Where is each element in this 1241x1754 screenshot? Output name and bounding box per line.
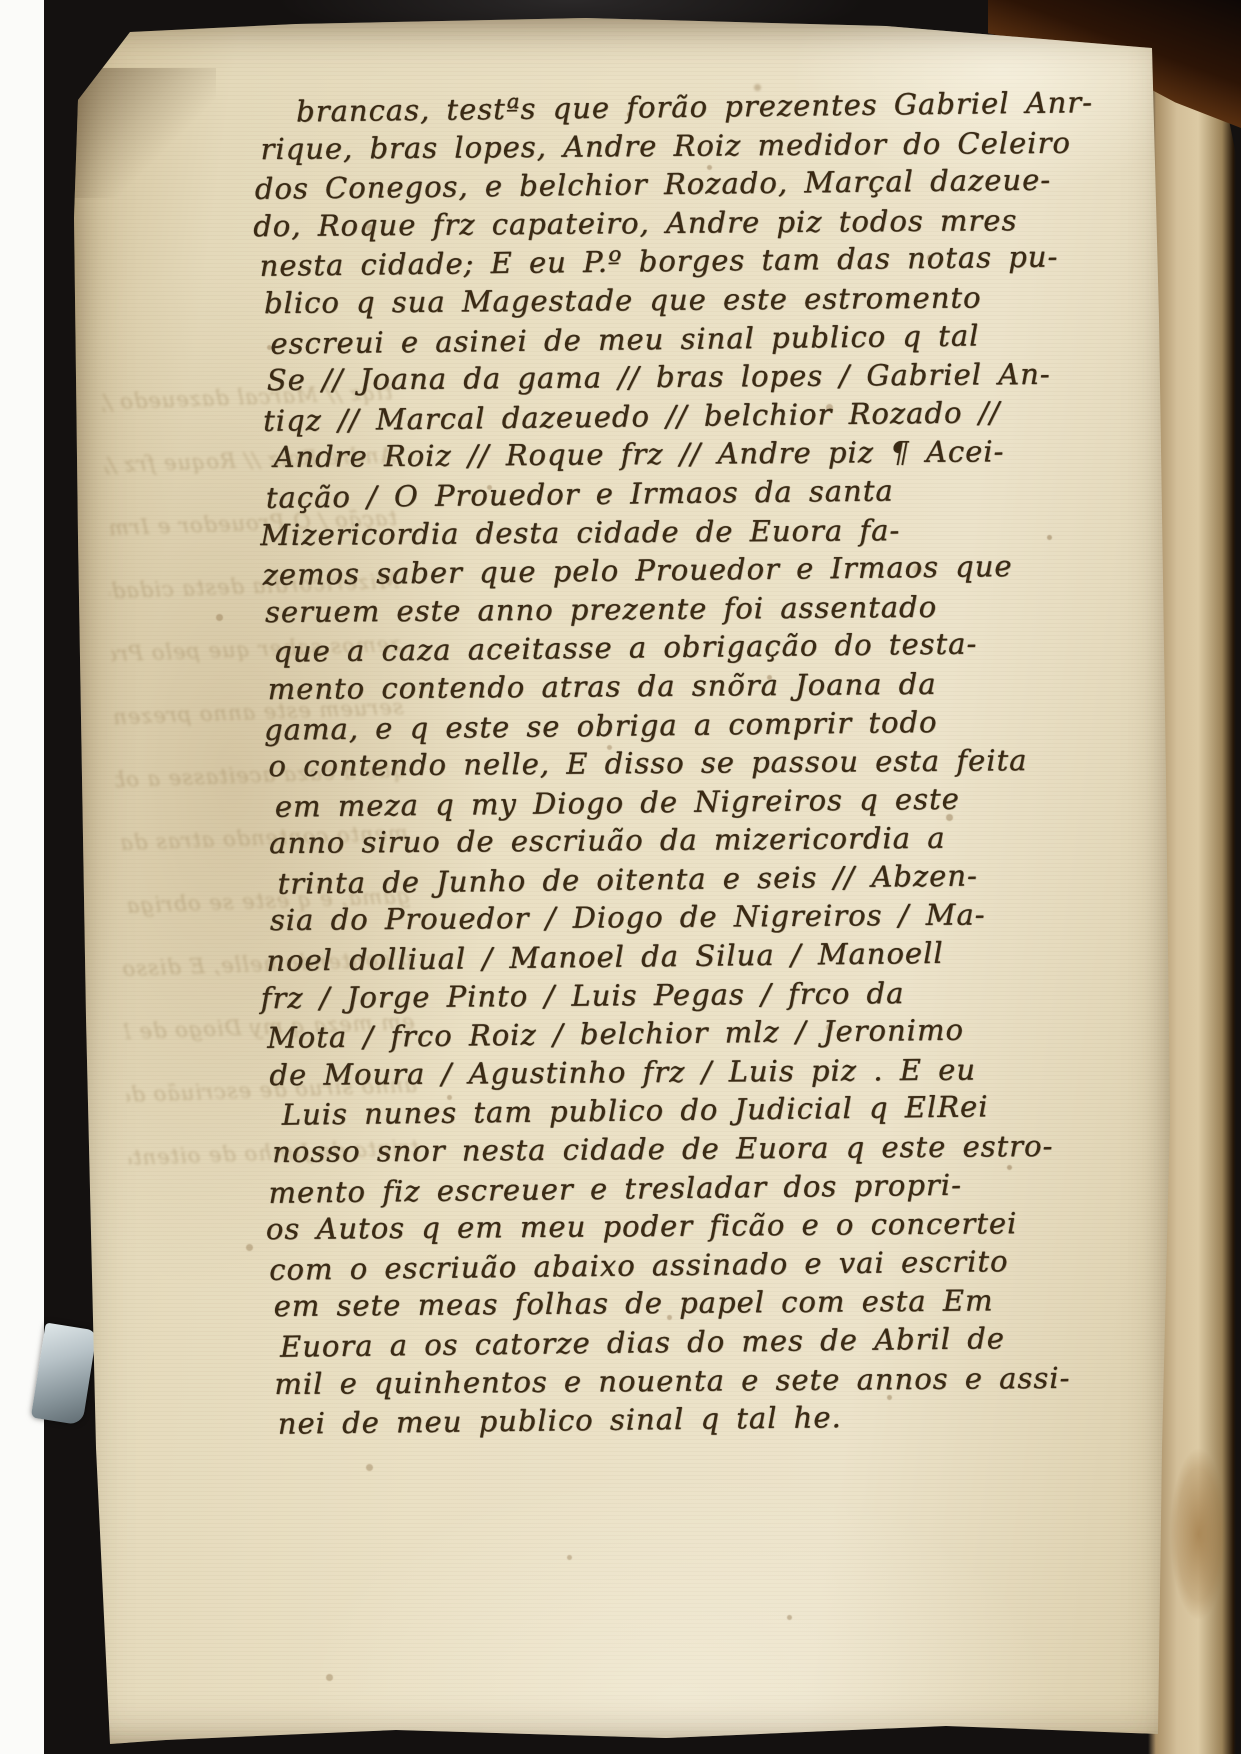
manuscript-page: tiqz // Marcal dazeuedo // belchior Roza… (66, 18, 1178, 1748)
adjacent-page-stain (1160, 1404, 1230, 1664)
corner-fold-shadow (66, 68, 216, 198)
paper-specks (56, 8, 59, 11)
text-block: brancas, testªs que forão prezentes Gabr… (252, 83, 1171, 1442)
scanner-edge-strip (0, 0, 44, 1754)
photo-background: tiqz // Marcal dazeuedo // belchior Roza… (0, 0, 1241, 1754)
